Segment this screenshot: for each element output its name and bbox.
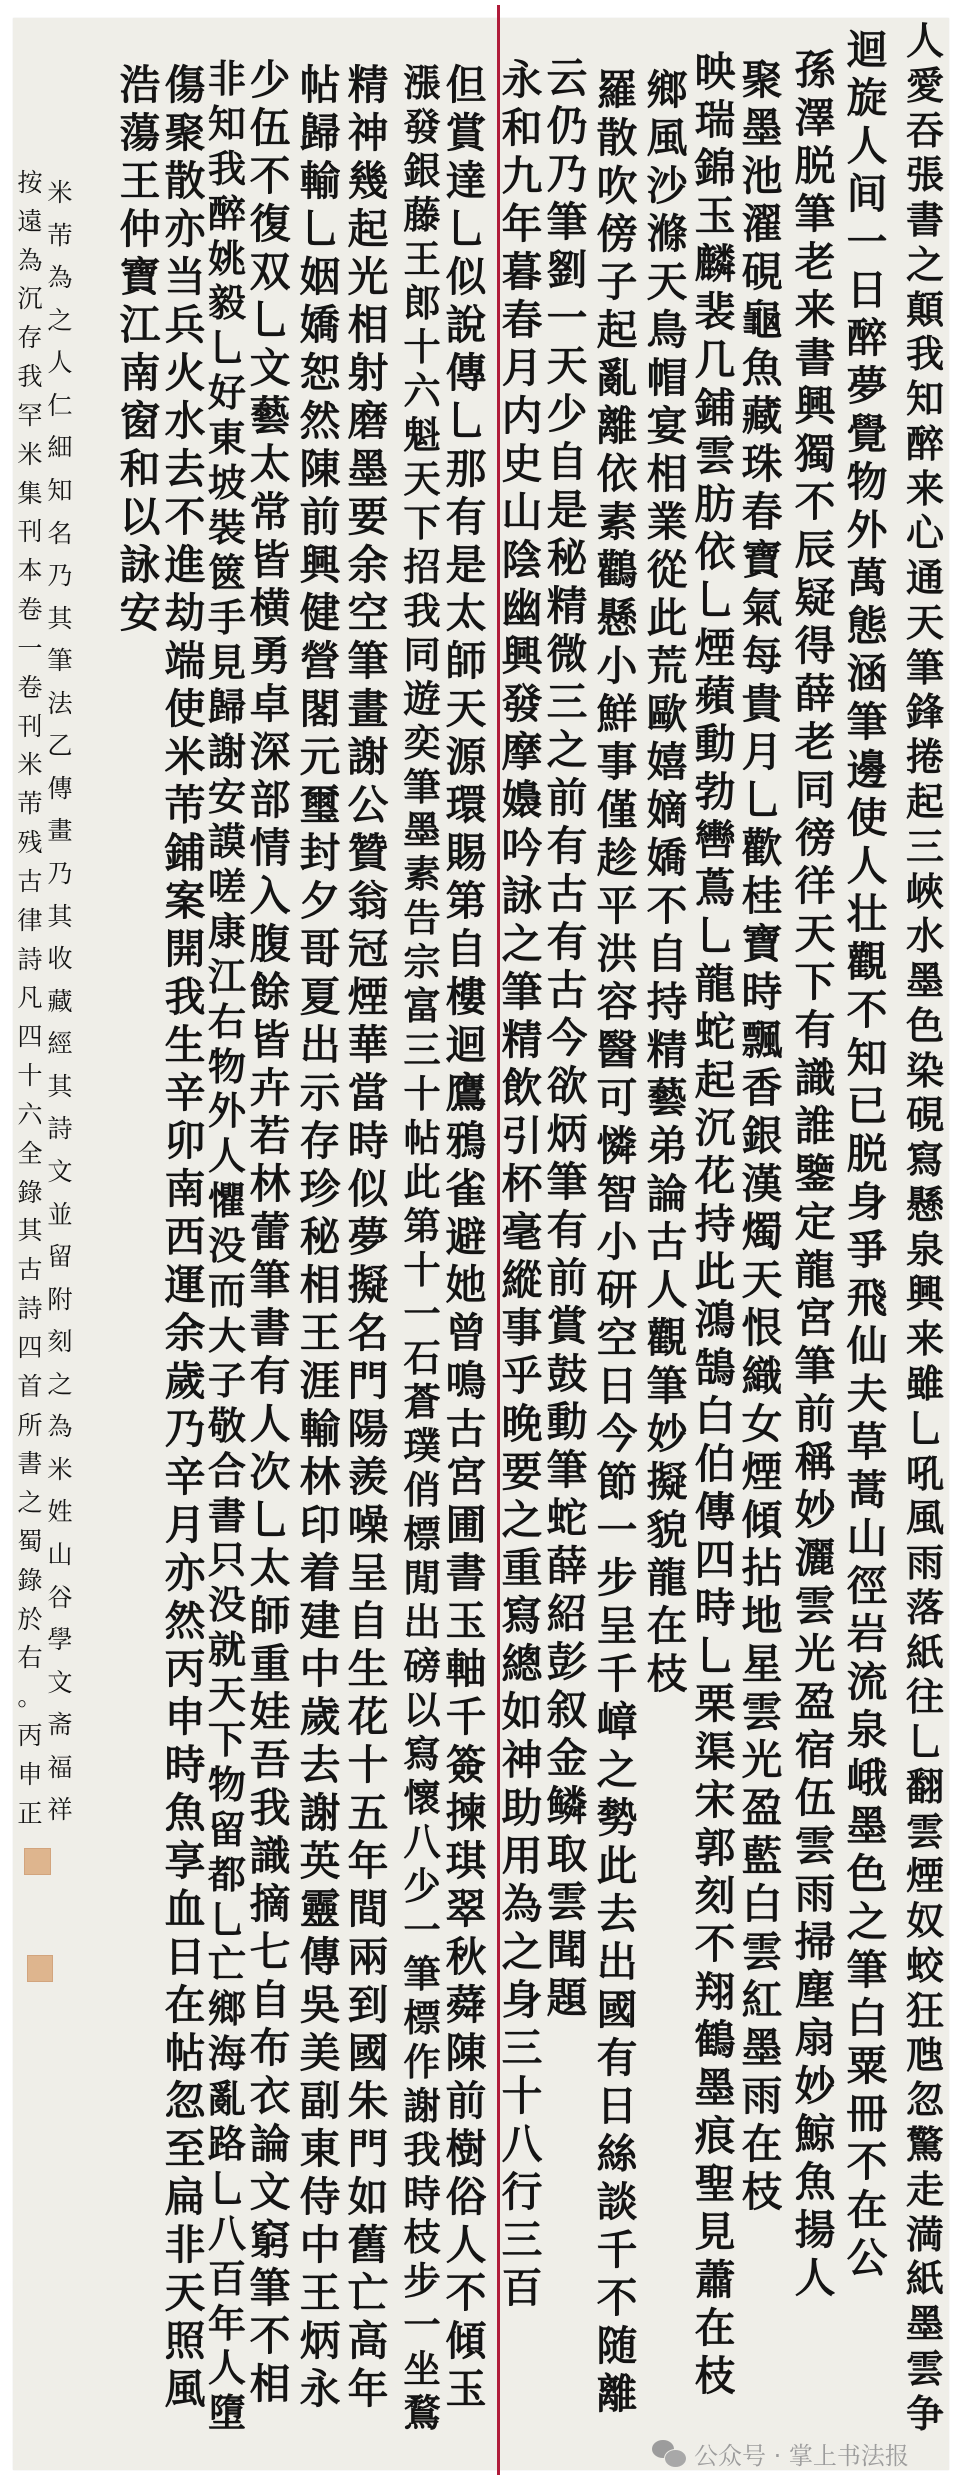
glyph: 遊 [403,681,440,725]
glyph: 起 [695,1060,736,1108]
glyph: 日 [165,1937,206,1985]
glyph: 太 [250,444,291,492]
glyph: 古 [647,1222,688,1270]
glyph: 國 [348,2033,389,2081]
glyph: 蔦 [695,868,736,916]
glyph: 坡 [208,464,246,509]
glyph: 知 [208,105,246,150]
glyph: 乚 [446,209,487,257]
glyph: 江 [208,958,246,1003]
glyph: 帖 [403,1120,440,1164]
glyph: 暮 [502,252,543,300]
glyph: 雲 [742,1932,783,1980]
glyph: 我 [250,1788,291,1836]
glyph: 帖 [300,65,341,113]
glyph: 精 [647,1030,688,1078]
glyph: 此 [403,1164,440,1208]
glyph: 十 [403,1076,440,1120]
glyph: 鴻 [695,1300,736,1348]
glyph: 前 [300,497,341,545]
glyph: 光 [348,257,389,305]
glyph: 祥 [47,1797,72,1840]
glyph: 以 [120,497,161,545]
glyph: 稱 [795,1442,836,1490]
glyph: 為 [47,265,72,308]
text-column: 少伍不復双乚文藝太常皆横勇卓深部情入腹餘皆卉若林蕾筆書有人次乚太師重娃吾我識摘七… [246,60,294,2412]
glyph: 起 [597,310,638,358]
glyph: 書 [906,201,944,246]
glyph: 三 [502,2220,543,2268]
glyph: 桂 [742,876,783,924]
glyph: 硯 [742,252,783,300]
glyph: 懼 [208,1182,246,1227]
glyph: 書 [17,1451,42,1490]
glyph: 其 [47,1074,72,1117]
glyph: 余 [165,1313,206,1361]
glyph: 丙 [165,1649,206,1697]
glyph: 勢 [597,1798,638,1846]
glyph: 貴 [742,684,783,732]
glyph: 態 [847,606,888,654]
glyph: 達 [446,161,487,209]
glyph: 米 [165,737,206,785]
glyph: 嫡 [647,790,688,838]
glyph: 煙 [742,1452,783,1500]
glyph: 筆 [795,1346,836,1394]
glyph: 照 [165,2321,206,2369]
glyph: 端 [165,641,206,689]
glyph: 寶 [120,257,161,305]
glyph: 福 [47,1755,72,1798]
glyph: 軸 [446,1649,487,1697]
glyph: 古 [446,1409,487,1457]
glyph: 嶂 [597,1702,638,1750]
glyph: 天 [906,604,944,649]
glyph: 鄉 [647,70,688,118]
glyph: 圃 [446,1505,487,1553]
glyph: 舊 [348,2225,389,2273]
glyph: 映 [695,52,736,100]
glyph: 知 [47,478,72,521]
glyph: 篋 [208,554,246,599]
glyph: 塵 [795,1970,836,2018]
glyph: 而 [208,1272,246,1317]
glyph: 噪 [348,1505,389,1553]
glyph: 寶 [742,924,783,972]
glyph: 天 [647,262,688,310]
glyph: 營 [300,641,341,689]
glyph: 沉 [695,1108,736,1156]
glyph: 墨 [742,108,783,156]
glyph: 書 [795,338,836,386]
glyph: 若 [250,1116,291,1164]
glyph: 見 [695,2212,736,2260]
glyph: 乃 [165,1409,206,1457]
glyph: 懷 [403,1780,440,1824]
glyph: 蕭 [695,2260,736,2308]
glyph: 存 [300,1121,341,1169]
glyph: 全 [17,1141,42,1180]
glyph: 史 [502,444,543,492]
glyph: 筆 [547,1162,588,1210]
glyph: 安 [208,778,246,823]
glyph: 藏 [742,396,783,444]
glyph: 說 [446,305,487,353]
glyph: 宿 [795,1730,836,1778]
glyph: 渠 [695,1732,736,1780]
glyph: 深 [250,732,291,780]
glyph: 源 [446,737,487,785]
text-column: 傷聚散亦当兵火水去不進劫端使米芾鋪案開我生辛卯南西運余歲乃辛月亦然丙申時魚享血日… [161,65,209,2417]
glyph: 醉 [208,195,246,240]
glyph: 之 [547,730,588,778]
glyph: 。 [17,1684,42,1723]
glyph: 夢 [847,366,888,414]
glyph: 走 [906,2171,944,2216]
glyph: 六 [403,373,440,417]
glyph: 谷 [47,1585,72,1628]
glyph: 出 [300,1025,341,1073]
glyph: 鯨 [795,2114,836,2162]
glyph: 取 [547,1834,588,1882]
glyph: 夫 [847,1374,888,1422]
glyph: 米 [47,1457,72,1500]
glyph: 乚 [208,1901,246,1946]
glyph: 謨 [208,823,246,868]
glyph: 愛 [906,67,944,112]
glyph: 吟 [502,828,543,876]
glyph: 揀 [446,1793,487,1841]
glyph: 狂 [906,1992,944,2037]
glyph: 不 [795,482,836,530]
glyph: 標 [403,2000,440,2044]
glyph: 趁 [597,838,638,886]
glyph: 春 [742,492,783,540]
glyph: 辛 [165,1457,206,1505]
glyph: 文 [250,2172,291,2220]
glyph: 千 [597,1654,638,1702]
glyph: 天 [795,914,836,962]
glyph: 歲 [165,1361,206,1409]
glyph: 前 [547,1258,588,1306]
glyph: 聞 [547,1930,588,1978]
glyph: 自 [348,1601,389,1649]
glyph: 擬 [348,1265,389,1313]
glyph: 奴 [906,1902,944,1947]
glyph: 秘 [300,1217,341,1265]
glyph: 色 [906,1007,944,1052]
glyph: 宮 [446,1457,487,1505]
glyph: 十 [348,1745,389,1793]
glyph: 復 [250,204,291,252]
glyph: 千 [597,2230,638,2278]
glyph: 前 [446,2081,487,2129]
glyph: 要 [502,1452,543,1500]
glyph: 捲 [906,738,944,783]
glyph: 天 [403,461,440,505]
glyph: 開 [165,929,206,977]
glyph: 蕩 [120,113,161,161]
glyph: 建 [300,1601,341,1649]
glyph: 忽 [906,2081,944,2126]
glyph: 没 [208,1227,246,1272]
glyph: 詠 [120,545,161,593]
text-column: 羅散吹傍子起亂離依素鸛懸小鮮事僅趁平洪容醫可憐智小研空日今節一步呈千嶂之勢此去出… [593,70,641,2422]
glyph: 米 [17,442,42,481]
glyph: 三 [502,2028,543,2076]
glyph: 随 [597,2326,638,2374]
glyph: 拈 [742,1548,783,1596]
glyph: 風 [647,118,688,166]
glyph: 其 [47,904,72,947]
glyph: 之 [597,1750,638,1798]
glyph: 引 [502,1116,543,1164]
glyph: 謝 [348,737,389,785]
glyph: 脱 [847,1134,888,1182]
glyph: 光 [742,1740,783,1788]
glyph: 地 [742,1596,783,1644]
text-column: 非知我醉姚毅乚好東坡裝篋手見歸謝安謨嗟康江右物外人懼没而大子敬合書只没就天下物留… [203,60,251,2439]
glyph: 重 [502,1548,543,1596]
glyph: 法 [47,691,72,734]
glyph: 天 [165,2273,206,2321]
wechat-icon [652,2440,686,2468]
glyph: 公 [847,2238,888,2286]
glyph: 封 [300,833,341,881]
glyph: 妙 [647,1414,688,1462]
glyph: 刊 [17,519,42,558]
glyph: 第 [403,1208,440,1252]
glyph: 揚 [795,2210,836,2258]
glyph: 物 [208,1048,246,1093]
glyph: 花 [348,1697,389,1745]
glyph: 醉 [906,425,944,470]
glyph: 名 [47,521,72,564]
glyph: 傳 [300,1937,341,1985]
glyph: 自 [647,934,688,982]
glyph: 呈 [597,1606,638,1654]
text-column: 漲發銀藤王郎十六魁天下招我同遊奕筆墨素告宗富三十帖此第十一石蒼璞俏標閒出磅以寫懷… [398,65,446,2439]
glyph: 斋 [47,1712,72,1755]
glyph: 相 [300,1265,341,1313]
glyph: 寫 [403,1736,440,1780]
glyph: 麟 [695,244,736,292]
glyph: 顛 [906,291,944,336]
glyph: 嬝 [502,780,543,828]
glyph: 環 [446,785,487,833]
glyph: 筆 [795,194,836,242]
glyph: 筆 [250,1260,291,1308]
glyph: 東 [300,2129,341,2177]
glyph: 人 [446,2225,487,2273]
glyph: 興 [300,545,341,593]
glyph: 獨 [795,434,836,482]
glyph: 裴 [695,292,736,340]
glyph: 侍 [300,2177,341,2225]
glyph: 織 [742,1356,783,1404]
glyph: 在 [695,2308,736,2356]
glyph: 正 [17,1801,42,1840]
glyph: 風 [906,1499,944,1544]
glyph: 情 [250,828,291,876]
glyph: 謝 [403,2088,440,2132]
glyph: 驚 [906,2126,944,2171]
glyph: 懸 [597,598,638,646]
glyph: 墨 [906,962,944,1007]
glyph: 作 [403,2044,440,2088]
glyph: 詩 [17,1296,42,1335]
glyph: 墮 [208,2394,246,2439]
glyph: 琪 [446,1841,487,1889]
glyph: 乎 [502,1356,543,1404]
glyph: 輸 [300,1409,341,1457]
glyph: 哥 [300,929,341,977]
glyph: 百 [208,2260,246,2305]
glyph: 光 [795,1634,836,1682]
glyph: 千 [446,1697,487,1745]
glyph: 流 [847,1662,888,1710]
glyph: 爭 [847,1230,888,1278]
glyph: 鼓 [547,1354,588,1402]
glyph: 使 [847,798,888,846]
text-column: 米芾為之人仁細知名乃其筆法乙傳畫乃其收藏經其詩文並留附刻之為米姓山谷學文斋福祥 [46,180,74,1840]
glyph: 煙 [695,628,736,676]
glyph: 步 [597,1558,638,1606]
glyph: 歲 [300,1697,341,1745]
glyph: 林 [250,1164,291,1212]
glyph: 我 [17,364,42,403]
glyph: 傾 [446,2321,487,2369]
glyph: 興 [906,1275,944,1320]
glyph: 仁 [47,393,72,436]
glyph: 師 [446,641,487,689]
glyph: 我 [165,977,206,1025]
glyph: 辛 [165,1073,206,1121]
glyph: 太 [446,593,487,641]
glyph: 歸 [208,688,246,733]
glyph: 丙 [17,1723,42,1762]
glyph: 荒 [647,646,688,694]
glyph: 然 [165,1601,206,1649]
glyph: 女 [742,1404,783,1452]
glyph: 樹 [446,2129,487,2177]
glyph: 不 [250,2316,291,2364]
glyph: 澤 [795,98,836,146]
glyph: 事 [502,1308,543,1356]
glyph: 一 [847,222,888,270]
glyph: 嬌 [300,305,341,353]
glyph: 元 [300,737,341,785]
glyph: 炳 [547,1114,588,1162]
glyph: 下 [795,962,836,1010]
glyph: 墨 [348,449,389,497]
glyph: 不 [847,990,888,1038]
glyph: 粟 [847,2046,888,2094]
glyph: 宴 [647,406,688,454]
glyph: 標 [403,1516,440,1560]
glyph: 為 [17,248,42,287]
glyph: 謝 [300,1793,341,1841]
glyph: 疑 [795,578,836,626]
glyph: 富 [403,988,440,1032]
glyph: 同 [403,637,440,681]
glyph: 所 [17,1413,42,1452]
glyph: 八 [208,2215,246,2260]
glyph: 中 [300,2225,341,2273]
glyph: 雀 [446,1169,487,1217]
glyph: 栗 [695,1684,736,1732]
glyph: 就 [208,1631,246,1676]
glyph: 出 [403,1604,440,1648]
glyph: 鴉 [446,1121,487,1169]
watermark-text: 公众号 · 掌上书法报 [694,2436,909,2471]
glyph: 乚 [695,1636,736,1684]
glyph: 人 [250,1404,291,1452]
glyph: 不 [847,2142,888,2190]
glyph: 间 [847,174,888,222]
glyph: 冠 [348,929,389,977]
glyph: 枝 [647,1654,688,1702]
glyph: 筆 [403,769,440,813]
glyph: 健 [300,593,341,641]
glyph: 魚 [795,2162,836,2210]
glyph: 賞 [547,1306,588,1354]
glyph: 壮 [847,894,888,942]
glyph: 落 [906,1589,944,1634]
glyph: 動 [695,724,736,772]
glyph: 同 [795,770,836,818]
glyph: 錄 [17,1568,42,1607]
glyph: 乚 [300,209,341,257]
glyph: 聚 [742,60,783,108]
glyph: 盈 [795,1682,836,1730]
glyph: 那 [446,449,487,497]
glyph: 弟 [647,1126,688,1174]
glyph: 凡 [17,985,42,1024]
glyph: 峨 [847,1758,888,1806]
glyph: 示 [300,1073,341,1121]
glyph: 翻 [906,1768,944,1813]
glyph: 第 [446,881,487,929]
glyph: 心 [906,514,944,559]
glyph: 紅 [742,1980,783,2028]
glyph: 在 [165,1985,206,2033]
glyph: 伯 [695,1444,736,1492]
glyph: 摘 [250,1884,291,1932]
glyph: 事 [597,742,638,790]
glyph: 銀 [403,153,440,197]
glyph: 芾 [47,223,72,266]
glyph: 太 [250,1548,291,1596]
glyph: 年 [348,2369,389,2417]
glyph: 子 [597,262,638,310]
glyph: 炳 [300,2321,341,2369]
glyph: 聖 [695,2164,736,2212]
text-column: 迴旋人间一日醉夢覺物外萬態涵筆邊使人壮觀不知已脱身爭飛仙夫草蒿山徑岩流泉峨墨色之… [843,30,891,2286]
glyph: 海 [208,2035,246,2080]
glyph: 談 [597,2182,638,2230]
glyph: 蛇 [695,1012,736,1060]
glyph: 色 [847,1854,888,1902]
glyph: 泉 [847,1710,888,1758]
glyph: 雨 [795,1874,836,1922]
glyph: 藝 [250,396,291,444]
glyph: 前 [795,1394,836,1442]
glyph: 龜 [742,300,783,348]
glyph: 龍 [647,1558,688,1606]
glyph: 十 [17,1063,42,1102]
glyph: 享 [165,1841,206,1889]
